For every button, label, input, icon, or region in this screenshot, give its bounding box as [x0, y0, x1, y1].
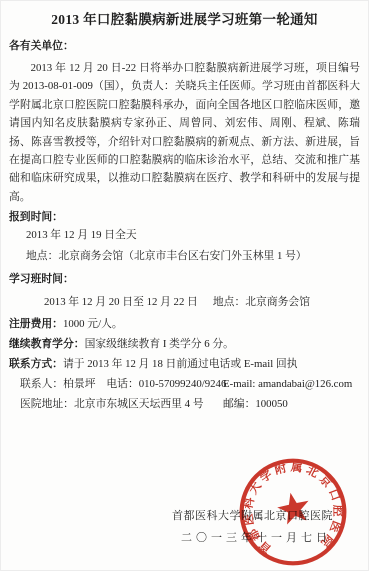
- course-heading: 学习班时间：: [9, 270, 360, 288]
- contact-person: 联系人：柏景坪 电话：010-57099240/9246: [20, 378, 226, 390]
- seal-graphic: 首都医科大学附属北京口腔医院: [237, 455, 349, 569]
- registration-heading: 报到时间：: [9, 208, 360, 226]
- official-seal-stamp: 首都医科大学附属北京口腔医院: [237, 455, 349, 569]
- registration-venue: 地点：北京商务会馆（北京市丰台区右安门外玉林里 1 号）: [9, 247, 360, 265]
- notice-document: 2013 年口腔黏膜病新进展学习班第一轮通知 各有关单位： 2013 年 12 …: [0, 0, 369, 571]
- course-venue: 地点：北京商务会馆: [213, 296, 310, 308]
- fee-label: 注册费用：: [9, 318, 63, 330]
- postcode: 邮编：100050: [223, 395, 288, 413]
- contact-line: 联系方式：请于 2013 年 12 月 18 日前通过电话或 E-mail 回执: [9, 355, 360, 373]
- fee-value: 1000 元/人。: [63, 318, 123, 330]
- registration-date: 2013 年 12 月 19 日全天: [9, 226, 360, 244]
- credits-label: 继续教育学分：: [9, 338, 85, 350]
- page-title: 2013 年口腔黏膜病新进展学习班第一轮通知: [1, 1, 368, 28]
- hospital-address: 医院地址：北京市东城区天坛西里 4 号: [20, 398, 204, 410]
- contact-person-row: 联系人：柏景坪 电话：010-57099240/9246 E-mail: ama…: [9, 375, 360, 393]
- credits-value: 国家级继续教育 I 类学分 6 分。: [85, 338, 234, 350]
- credits-line: 继续教育学分：国家级继续教育 I 类学分 6 分。: [9, 335, 360, 353]
- course-schedule: 2013 年 12 月 20 日至 12 月 22 日地点：北京商务会馆: [9, 293, 360, 311]
- hospital-address-row: 医院地址：北京市东城区天坛西里 4 号 邮编：100050: [9, 395, 360, 413]
- contact-note: 请于 2013 年 12 月 18 日前通过电话或 E-mail 回执: [63, 358, 298, 370]
- seal-star-icon: [275, 489, 313, 525]
- intro-paragraph: 2013 年 12 月 20 日-22 日将举办口腔黏膜病新进展学习班，项目编号…: [9, 59, 360, 206]
- course-dates: 2013 年 12 月 20 日至 12 月 22 日: [44, 296, 198, 308]
- contact-email: E-mail: amandabai@126.com: [223, 375, 352, 393]
- contact-label: 联系方式：: [9, 358, 63, 370]
- fee-line: 注册费用：1000 元/人。: [9, 315, 360, 333]
- salutation: 各有关单位：: [9, 37, 360, 55]
- seal-star-shape: [275, 489, 313, 525]
